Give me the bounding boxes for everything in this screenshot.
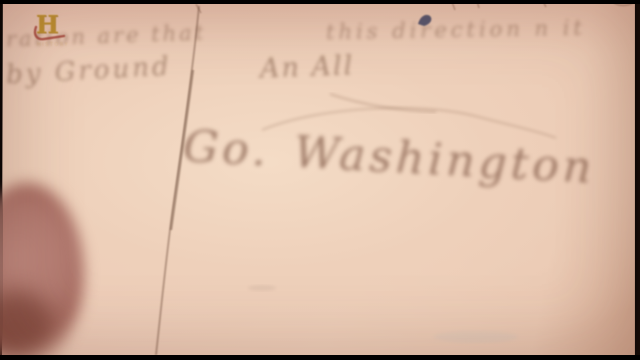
logo-h-letter: H xyxy=(36,13,59,37)
video-frame: ration are that this direction n it by G… xyxy=(0,0,640,360)
logo-caption: HISTORY xyxy=(33,42,73,48)
frame-edge-left xyxy=(0,0,3,360)
history-channel-logo: H HISTORY xyxy=(32,13,74,53)
document-paper xyxy=(2,4,635,355)
frame-edge-right xyxy=(634,0,640,360)
letterbox-top xyxy=(0,0,640,4)
letterbox-bottom xyxy=(0,355,640,360)
